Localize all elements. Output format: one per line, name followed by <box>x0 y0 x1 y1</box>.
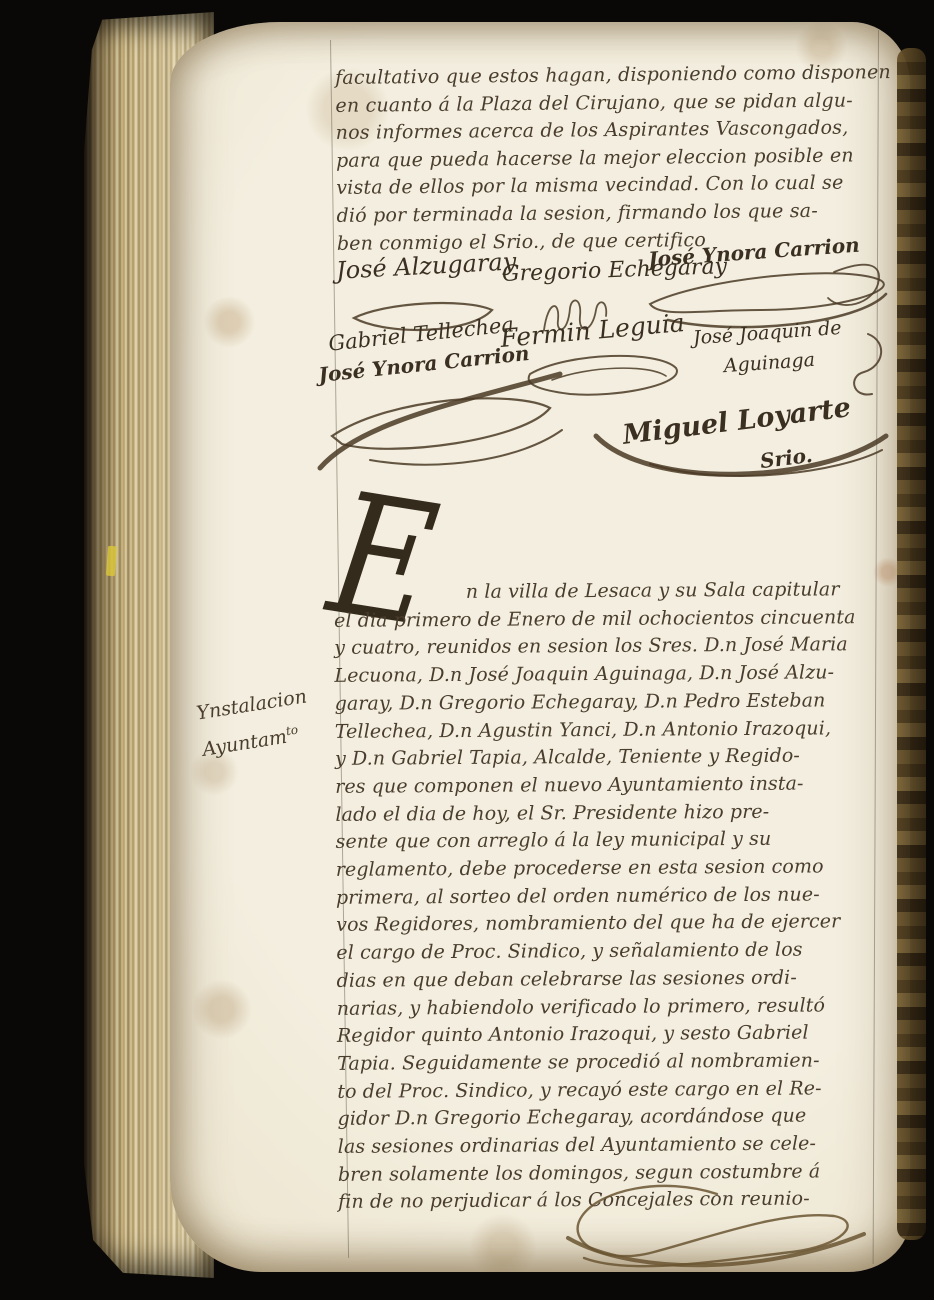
binding-edge <box>897 48 926 1240</box>
minutes-paragraph: n la villa de Lesaca y su Sala capitular… <box>334 576 860 1217</box>
minutes-line: Tapia. Seguidamente se procedió al nombr… <box>337 1047 859 1078</box>
minutes-line: las sesiones ordinarias del Ayuntamiento… <box>338 1130 860 1161</box>
minutes-line: lado el dia de hoy, el Sr. Presidente hi… <box>335 798 857 829</box>
minutes-line: primera, al sorteo del orden numérico de… <box>336 881 858 912</box>
minutes-line: y D.n Gabriel Tapia, Alcalde, Teniente y… <box>335 742 857 773</box>
minutes-line: garay, D.n Gregorio Echegaray, D.n Pedro… <box>335 687 857 718</box>
margin-note-superscript: to <box>285 723 299 739</box>
minutes-line: dias en que deban celebrarse las sesione… <box>336 964 858 995</box>
signature-aguinaga: José Joaquin de Aguinaga <box>692 313 844 383</box>
minutes-line: Tellechea, D.n Agustin Yanci, D.n Antoni… <box>335 715 857 746</box>
margin-note-word2: Ayuntamto <box>201 723 301 761</box>
minutes-line: narias, y habiendolo verificado lo prime… <box>337 992 859 1023</box>
margin-note-word1: Ynstalacion <box>195 685 308 724</box>
minutes-line: Regidor quinto Antonio Irazoqui, y sesto… <box>337 1019 859 1050</box>
minutes-line: el cargo de Proc. Sindico, y señalamient… <box>336 936 858 967</box>
signature-flourish-icon <box>588 410 898 500</box>
minutes-line: reglamento, debe procederse en esta sesi… <box>336 853 858 884</box>
minutes-line: vos Regidores, nombramiento del que ha d… <box>336 909 858 940</box>
minutes-line: sente que con arreglo á la ley municipal… <box>336 826 858 857</box>
margin-note-word2-text: Ayuntam <box>201 726 289 761</box>
book-photo: facultativo que estos hagan, disponiendo… <box>0 0 934 1300</box>
manuscript-page: facultativo que estos hagan, disponiendo… <box>170 22 910 1272</box>
closing-line: dió por terminada la sesion, firmando lo… <box>336 197 892 230</box>
rubric-flourish-icon <box>542 1182 887 1286</box>
minutes-line: y cuatro, reunidos en sesion los Sres. D… <box>334 632 856 663</box>
minutes-line: n la villa de Lesaca y su Sala capitular <box>334 576 856 607</box>
minutes-line: res que componen el nuevo Ayuntamiento i… <box>335 770 857 801</box>
minutes-line: gidor D.n Gregorio Echegaray, acordándos… <box>337 1103 859 1134</box>
minutes-line: Lecuona, D.n José Joaquin Aguinaga, D.n … <box>334 659 856 690</box>
minutes-line: el dia primero de Enero de mil ochocient… <box>334 604 856 635</box>
closing-paragraph: facultativo que estos hagan, disponiendo… <box>335 59 893 258</box>
minutes-line: to del Proc. Sindico, y recayó este carg… <box>337 1075 859 1106</box>
